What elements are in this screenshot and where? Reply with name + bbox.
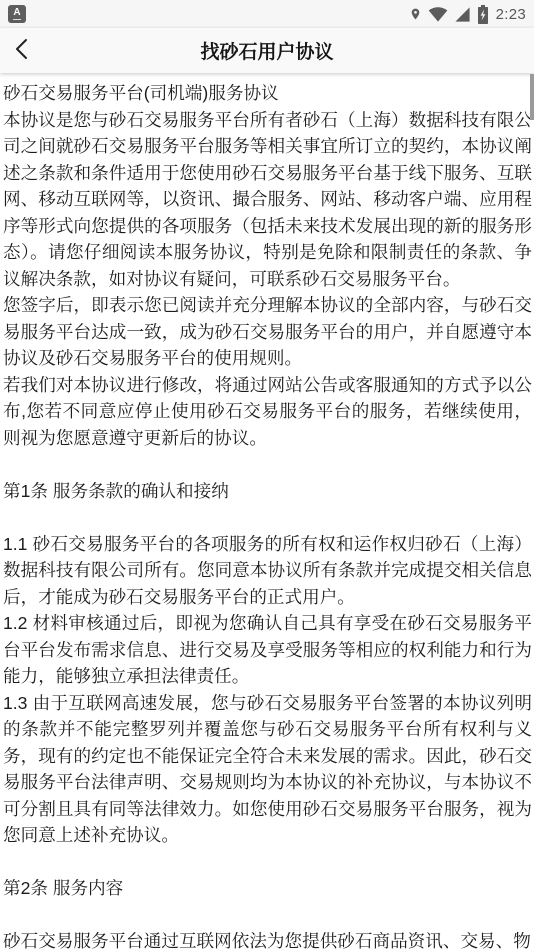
app-badge-subtext bbox=[13, 19, 21, 20]
app-badge-letter: A bbox=[13, 8, 20, 18]
agreement-paragraph: 砂石交易服务平台通过互联网依法为您提供砂石商品资讯、交易、物 bbox=[3, 928, 532, 950]
wifi-icon bbox=[428, 6, 448, 22]
page-title: 找砂石用户协议 bbox=[0, 37, 534, 64]
agreement-blank-line bbox=[3, 451, 532, 478]
agreement-paragraph: 砂石交易服务平台(司机端)服务协议 bbox=[3, 80, 532, 107]
agreement-paragraph: 1.2 材料审核通过后，即视为您确认自己具有享受在砂石交易服务平台平台发布需求信… bbox=[3, 610, 532, 690]
agreement-paragraph: 本协议是您与砂石交易服务平台所有者砂石（上海）数据科技有限公司之间就砂石交易服务… bbox=[3, 107, 532, 293]
agreement-paragraph: 您签字后，即表示您已阅读并充分理解本协议的全部内容，与砂石交易服务平台达成一致，… bbox=[3, 292, 532, 372]
battery-charging-icon bbox=[477, 5, 489, 24]
status-bar-left: A bbox=[8, 5, 26, 23]
scrollbar-thumb[interactable] bbox=[530, 74, 534, 120]
agreement-paragraph: 第2条 服务内容 bbox=[3, 875, 532, 902]
agreement-paragraph: 第1条 服务条款的确认和接纳 bbox=[3, 478, 532, 505]
notification-app-badge-icon: A bbox=[8, 5, 26, 23]
status-bar: A 2:23 bbox=[0, 0, 534, 28]
location-icon bbox=[409, 5, 422, 23]
app-bar: 找砂石用户协议 bbox=[0, 28, 534, 73]
clock-text: 2:23 bbox=[496, 6, 526, 23]
signal-icon bbox=[454, 6, 471, 23]
app-screen: A 2:23 bbox=[0, 0, 534, 950]
agreement-paragraph: 1.1 砂石交易服务平台的各项服务的所有权和运作权归砂石（上海）数据科技有限公司… bbox=[3, 531, 532, 611]
agreement-paragraph: 若我们对本协议进行修改，将通过网站公告或客服通知的方式予以公布,您若不同意应停止… bbox=[3, 372, 532, 452]
agreement-paragraph: 1.3 由于互联网高速发展，您与砂石交易服务平台签署的本协议列明的条款并不能完整… bbox=[3, 690, 532, 849]
back-chevron-icon bbox=[15, 38, 28, 63]
agreement-blank-line bbox=[3, 902, 532, 929]
agreement-scroll-area[interactable]: 砂石交易服务平台(司机端)服务协议本协议是您与砂石交易服务平台所有者砂石（上海）… bbox=[0, 73, 534, 950]
agreement-blank-line bbox=[3, 504, 532, 531]
status-bar-right: 2:23 bbox=[409, 5, 526, 24]
agreement-blank-line bbox=[3, 849, 532, 876]
agreement-text: 砂石交易服务平台(司机端)服务协议本协议是您与砂石交易服务平台所有者砂石（上海）… bbox=[3, 80, 532, 950]
back-button[interactable] bbox=[0, 28, 48, 73]
